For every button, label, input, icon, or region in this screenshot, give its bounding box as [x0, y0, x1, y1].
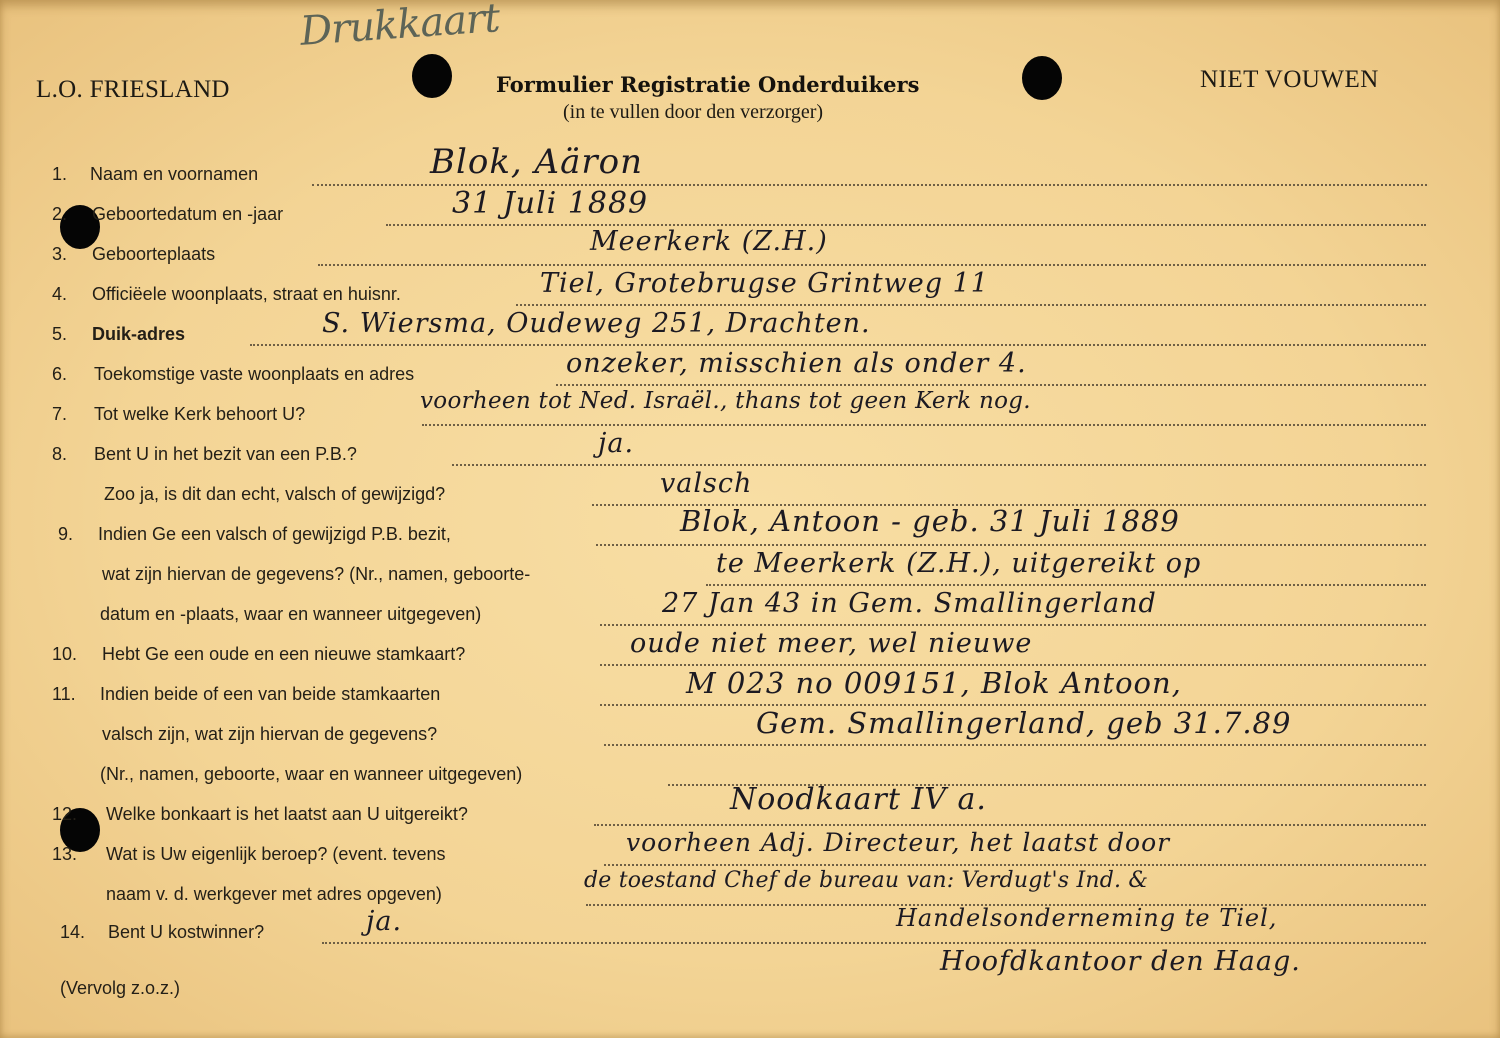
field-value-birthplace[interactable]: Meerkerk (Z.H.) [590, 226, 828, 257]
registration-card: Drukkaart L.O. FRIESLAND Formulier Regis… [0, 0, 1500, 1038]
field-number: 13. [52, 844, 77, 865]
dotted-line [422, 424, 1426, 426]
continuation-line-2: Hoofdkantoor den Haag. [940, 946, 1301, 977]
field-number: 8. [52, 444, 67, 465]
dotted-line [322, 942, 1426, 944]
field-value-ration-card[interactable]: Noodkaart IV a. [730, 782, 987, 817]
field-number: 10. [52, 644, 77, 665]
do-not-fold-notice: NIET VOUWEN [1200, 66, 1379, 94]
field-value-occupation-1[interactable]: voorheen Adj. Directeur, het laatst door [626, 828, 1170, 857]
field-label: Welke bonkaart is het laatst aan U uitge… [106, 804, 468, 825]
field-value-official-address[interactable]: Tiel, Grotebrugse Grintweg 11 [540, 268, 989, 299]
dotted-line [604, 744, 1426, 746]
field-label: Tot welke Kerk behoort U? [94, 404, 305, 425]
field-value-pb-possession[interactable]: ja. [598, 428, 634, 459]
field-label: Wat is Uw eigenlijk beroep? (event. teve… [106, 844, 446, 865]
field-label: Hebt Ge een oude en een nieuwe stamkaart… [102, 644, 465, 665]
field-label: (Nr., namen, geboorte, waar en wanneer u… [100, 764, 522, 785]
field-value-stamkaart-details-2[interactable]: Gem. Smallingerland, geb 31.7.89 [756, 706, 1291, 740]
field-value-pb-details-1[interactable]: Blok, Antoon - geb. 31 Juli 1889 [680, 504, 1180, 538]
field-value-church[interactable]: voorheen tot Ned. Israël., thans tot gee… [420, 388, 1031, 414]
field-value-birthdate[interactable]: 31 Juli 1889 [452, 186, 648, 221]
field-value-stamkaart-details-1[interactable]: M 023 no 009151, Blok Antoon, [686, 666, 1182, 700]
dotted-line [604, 864, 1426, 866]
dotted-line [600, 624, 1426, 626]
field-label: wat zijn hiervan de gegevens? (Nr., name… [102, 564, 530, 585]
field-number: 11. [52, 684, 76, 705]
field-label: Geboorteplaats [92, 244, 215, 265]
dotted-line [452, 464, 1426, 466]
field-label: Indien beide of een van beide stamkaarte… [100, 684, 440, 705]
field-number: 12. [52, 804, 77, 825]
field-value-hiding-address[interactable]: S. Wiersma, Oudeweg 251, Drachten. [322, 308, 871, 339]
field-value-pb-type[interactable]: valsch [660, 468, 752, 499]
dotted-line [706, 584, 1426, 586]
field-label: valsch zijn, wat zijn hiervan de gegeven… [102, 724, 437, 745]
field-label: Duik-adres [92, 324, 185, 345]
continued-overleaf-note: (Vervolg z.o.z.) [60, 978, 180, 999]
field-label: Bent U kostwinner? [108, 922, 264, 943]
field-label: datum en -plaats, waar en wanneer uitgeg… [100, 604, 481, 625]
field-number: 7. [52, 404, 67, 425]
dotted-line [516, 304, 1426, 306]
field-label: Geboortedatum en -jaar [92, 204, 283, 225]
field-value-pb-details-3[interactable]: 27 Jan 43 in Gem. Smallingerland [662, 588, 1157, 619]
punch-hole-top-right [1022, 56, 1062, 100]
handwritten-annotation: Drukkaart [299, 0, 501, 55]
field-label: Officiëele woonplaats, straat en huisnr. [92, 284, 401, 305]
organization-name: L.O. FRIESLAND [36, 76, 230, 104]
continuation-line-1: Handelsonderneming te Tiel, [896, 904, 1277, 932]
dotted-line [596, 544, 1426, 546]
field-number: 1. [52, 164, 67, 185]
field-number: 3. [52, 244, 67, 265]
field-value-occupation-2[interactable]: de toestand Chef de bureau van: Verdugt'… [584, 868, 1148, 893]
dotted-line [318, 264, 1426, 266]
field-value-pb-details-2[interactable]: te Meerkerk (Z.H.), uitgereikt op [716, 548, 1201, 579]
field-label: Bent U in het bezit van een P.B.? [94, 444, 357, 465]
field-number: 9. [58, 524, 73, 545]
dotted-line [250, 344, 1426, 346]
field-number: 5. [52, 324, 67, 345]
field-value-name[interactable]: Blok, Aäron [430, 142, 643, 182]
field-label: Zoo ja, is dit dan echt, valsch of gewij… [104, 484, 445, 505]
field-label: Naam en voornamen [90, 164, 258, 185]
field-number: 2. [52, 204, 67, 225]
dotted-line [386, 224, 1426, 226]
field-value-future-address[interactable]: onzeker, misschien als onder 4. [566, 348, 1027, 379]
field-number: 14. [60, 922, 85, 943]
field-value-stamkaart[interactable]: oude niet meer, wel nieuwe [630, 628, 1032, 659]
punch-hole-top-left [412, 54, 452, 98]
field-value-breadwinner[interactable]: ja. [366, 906, 402, 937]
dotted-line [556, 384, 1426, 386]
form-subtitle: (in te vullen door den verzorger) [563, 101, 823, 124]
field-label: naam v. d. werkgever met adres opgeven) [106, 884, 442, 905]
form-title: Formulier Registratie Onderduikers [496, 72, 919, 97]
dotted-line [594, 824, 1426, 826]
field-number: 4. [52, 284, 67, 305]
field-label: Indien Ge een valsch of gewijzigd P.B. b… [98, 524, 451, 545]
field-number: 6. [52, 364, 67, 385]
field-label: Toekomstige vaste woonplaats en adres [94, 364, 414, 385]
